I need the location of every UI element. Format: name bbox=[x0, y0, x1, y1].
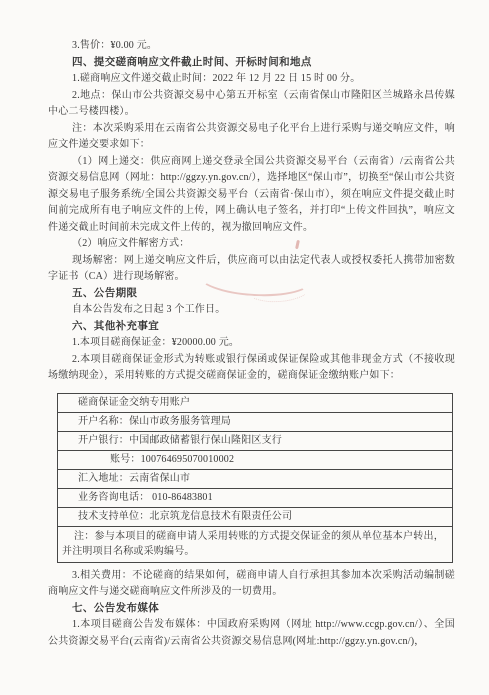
table-cell-account-title: 磋商保证金交纳专用账户 bbox=[58, 393, 453, 412]
paragraph-price: 3.售价：¥0.00 元。 bbox=[48, 38, 455, 55]
paragraph-deadline: 1.磋商响应文件递交截止时间：2022 年 12 月 22 日 15 时 00 … bbox=[48, 71, 455, 88]
paragraph-deposit-amount: 1.本项目磋商保证金：¥20000.00 元。 bbox=[48, 335, 455, 352]
table-row: 账号：100764695070010002 bbox=[58, 450, 453, 469]
table-cell-account-name: 开户名称：保山市政务服务管理局 bbox=[58, 412, 453, 431]
table-row: 技术支持单位：北京筑龙信息技术有限责任公司 bbox=[58, 507, 453, 526]
section-heading-6: 六、其他补充事宜 bbox=[48, 319, 455, 336]
section-heading-4: 四、提交磋商响应文件截止时间、开标时间和地点 bbox=[48, 55, 455, 72]
deposit-account-table: 磋商保证金交纳专用账户 开户名称：保山市政务服务管理局 开户银行：中国邮政储蓄银… bbox=[57, 393, 453, 563]
document-body: 3.售价：¥0.00 元。 四、提交磋商响应文件截止时间、开标时间和地点 1.磋… bbox=[48, 38, 455, 650]
paragraph-publish-media: 1.本项目磋商公告发布媒体：中国政府采购网（网址 http://www.ccgp… bbox=[48, 617, 455, 650]
paragraph-location: 2.地点：保山市公共资源交易中心第五开标室（云南省保山市隆阳区兰城路永昌传媒中心… bbox=[48, 88, 455, 121]
paragraph-deposit-form: 2.本项目磋商保证金形式为转账或银行保函或保证保险或其他非现金方式（不接收现场缴… bbox=[48, 352, 455, 385]
table-row: 开户名称：保山市政务服务管理局 bbox=[58, 412, 453, 431]
table-cell-remit-address: 汇入地址：云南省保山市 bbox=[58, 469, 453, 488]
paragraph-online-submission: （1）网上递交：供应商网上递交登录全国公共资源交易平台（云南省）/云南省公共资源… bbox=[48, 154, 455, 237]
paragraph-related-fees: 3.相关费用：不论磋商的结果如何，磋商申请人自行承担其参加本次采购活动编制磋商响… bbox=[48, 568, 455, 601]
table-row: 注：参与本项目的磋商申请人采用转账的方式提交保证金的须从单位基本户转出，并注明项… bbox=[58, 526, 453, 562]
table-cell-account-number: 账号：100764695070010002 bbox=[58, 450, 453, 469]
table-row: 磋商保证金交纳专用账户 bbox=[58, 393, 453, 412]
table-row: 汇入地址：云南省保山市 bbox=[58, 469, 453, 488]
document-page: 3.售价：¥0.00 元。 四、提交磋商响应文件截止时间、开标时间和地点 1.磋… bbox=[0, 0, 489, 695]
section-heading-7: 七、公告发布媒体 bbox=[48, 601, 455, 618]
paragraph-notice-period: 自本公告发布之日起 3 个工作日。 bbox=[48, 302, 455, 319]
paragraph-decrypt-method: （2）响应文件解密方式： bbox=[48, 236, 455, 253]
paragraph-platform-note: 注：本次采购采用在云南省公共资源交易电子化平台上进行采购与递交响应文件，响应文件… bbox=[48, 121, 455, 154]
table-cell-service-phone: 业务咨询电话： 010-86483801 bbox=[58, 488, 453, 507]
table-cell-bank: 开户银行：中国邮政储蓄银行保山隆阳区支行 bbox=[58, 431, 453, 450]
table-row: 开户银行：中国邮政储蓄银行保山隆阳区支行 bbox=[58, 431, 453, 450]
table-cell-tech-support: 技术支持单位：北京筑龙信息技术有限责任公司 bbox=[58, 507, 453, 526]
table-cell-transfer-note: 注：参与本项目的磋商申请人采用转账的方式提交保证金的须从单位基本户转出，并注明项… bbox=[58, 526, 453, 562]
table-row: 业务咨询电话： 010-86483801 bbox=[58, 488, 453, 507]
